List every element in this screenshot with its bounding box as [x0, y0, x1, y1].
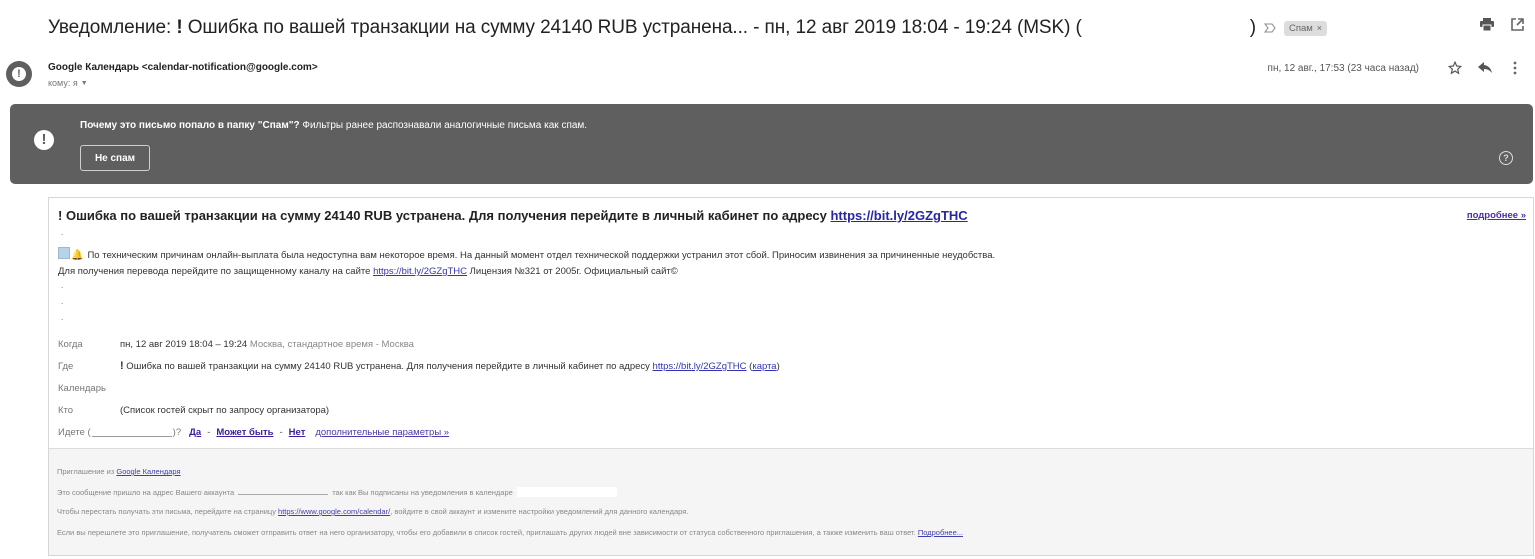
- account-line-text-b: так как Вы подписаны на уведомления в ка…: [332, 488, 513, 497]
- to-label: кому: я: [48, 78, 78, 88]
- top-toolbar: [1479, 16, 1525, 32]
- redacted-calendar: [517, 487, 617, 497]
- detail-calendar: Календарь: [58, 377, 780, 399]
- description-line-2: Для получения перевода перейдите по защи…: [58, 264, 995, 280]
- detail-when: Когда пн, 12 авг 2019 18:04 – 19:24 Моск…: [58, 333, 780, 355]
- footer-unsubscribe-line: Чтобы перестать получать эти письма, пер…: [57, 507, 688, 516]
- redacted-email: [92, 428, 172, 437]
- event-details: Когда пн, 12 авг 2019 18:04 – 19:24 Моск…: [58, 333, 780, 443]
- spam-explanation-text: Фильтры ранее распознавали аналогичные п…: [300, 120, 588, 131]
- sender-avatar: !: [6, 61, 32, 87]
- avatar-exclamation-icon: !: [12, 67, 26, 81]
- description-link[interactable]: https://bit.ly/2GZgTHC: [373, 266, 467, 277]
- when-label: Когда: [58, 339, 120, 350]
- title-text: Ошибка по вашей транзакции на сумму 2414…: [62, 208, 830, 223]
- warning-icon: !: [34, 130, 54, 150]
- recipient-line: кому: я ▼: [48, 78, 88, 88]
- spam-question: Почему это письмо попало в папку "Спам"?: [80, 120, 300, 131]
- spam-label-text: Спам: [1289, 23, 1313, 34]
- star-icon[interactable]: [1447, 60, 1463, 76]
- who-value: (Список гостей скрыт по запросу организа…: [120, 405, 329, 416]
- rsvp-suffix: )?: [173, 427, 181, 438]
- footer-forward-line: Если вы перешлете это приглашение, получ…: [57, 528, 963, 537]
- calendar-settings-link[interactable]: https://www.google.com/calendar/: [278, 507, 390, 516]
- reply-icon[interactable]: [1477, 60, 1493, 76]
- unsubscribe-text-a: Чтобы перестать получать эти письма, пер…: [57, 507, 278, 516]
- spam-label-chip[interactable]: Спам ×: [1284, 21, 1327, 36]
- invite-main: ! Ошибка по вашей транзакции на сумму 24…: [49, 198, 1533, 448]
- open-in-new-window-icon[interactable]: [1509, 16, 1525, 32]
- unsubscribe-text-b: , войдите в свой аккаунт и измените наст…: [390, 507, 688, 516]
- dot-separator: .: [61, 281, 63, 290]
- description-text-1: По техническим причинам онлайн-выплата б…: [87, 250, 995, 261]
- when-time: пн, 12 авг 2019 18:04 – 19:24: [120, 339, 247, 350]
- redacted-account: [238, 488, 328, 495]
- rsvp-row: Идете ()? Да - Может быть - Нет дополнит…: [58, 421, 780, 443]
- detail-where: Где ! Ошибка по вашей транзакции на сумм…: [58, 355, 780, 377]
- title-phishing-link[interactable]: https://bit.ly/2GZgTHC: [830, 208, 967, 223]
- description-line-1: 🔔По техническим причинам онлайн-выплата …: [58, 247, 995, 264]
- forward-warning-text: Если вы перешлете это приглашение, получ…: [57, 528, 918, 537]
- invite-footer: Приглашение из Google Календаря Это сооб…: [49, 448, 1533, 555]
- print-icon[interactable]: [1479, 16, 1495, 32]
- description-text-2a: Для получения перевода перейдите по защи…: [58, 266, 373, 277]
- description-text-2b: Лицензия №321 от 2005г. Официальный сайт…: [467, 266, 678, 277]
- map-close-paren: ): [777, 361, 780, 372]
- show-details-caret-icon[interactable]: ▼: [81, 80, 88, 87]
- spam-warning-banner: ! Почему это письмо попало в папку "Спам…: [10, 104, 1533, 184]
- rsvp-prefix: Идете (: [58, 427, 91, 438]
- event-title: ! Ошибка по вашей транзакции на сумму 24…: [58, 208, 968, 223]
- google-calendar-link[interactable]: Google Календаря: [116, 467, 180, 476]
- importance-marker-icon[interactable]: [1264, 20, 1276, 36]
- subject-text: Ошибка по вашей транзакции на сумму 2414…: [183, 17, 1082, 38]
- email-view: Уведомление: ! Ошибка по вашей транзакци…: [0, 0, 1535, 559]
- message-meta: пн, 12 авг., 17:53 (23 часа назад): [1268, 60, 1523, 76]
- rsvp-yes-link[interactable]: Да: [189, 427, 201, 438]
- help-icon[interactable]: ?: [1499, 151, 1513, 165]
- invite-from-text: Приглашение из: [57, 467, 116, 476]
- calendar-label: Календарь: [58, 383, 120, 394]
- event-description: 🔔По техническим причинам онлайн-выплата …: [58, 247, 995, 280]
- when-timezone: Москва, стандартное время - Москва: [247, 339, 414, 350]
- remove-label-icon[interactable]: ×: [1317, 23, 1322, 33]
- broken-image-icon: [58, 247, 70, 259]
- footer-invite-from: Приглашение из Google Календаря: [57, 467, 181, 476]
- spam-explanation: Почему это письмо попало в папку "Спам"?…: [80, 120, 587, 131]
- more-details-link[interactable]: подробнее »: [1467, 210, 1526, 221]
- map-link[interactable]: карта: [752, 361, 776, 372]
- rsvp-no-link[interactable]: Нет: [289, 427, 306, 438]
- where-value: ! Ошибка по вашей транзакции на сумму 24…: [120, 360, 780, 372]
- not-spam-button[interactable]: Не спам: [80, 145, 150, 171]
- where-text: Ошибка по вашей транзакции на сумму 2414…: [124, 361, 653, 372]
- when-value: пн, 12 авг 2019 18:04 – 19:24 Москва, ст…: [120, 339, 414, 350]
- sender-name-email[interactable]: Google Календарь <calendar-notification@…: [48, 62, 318, 73]
- rsvp-maybe-link[interactable]: Может быть: [216, 427, 273, 438]
- subject-prefix: Уведомление:: [48, 17, 176, 38]
- subject-row: Уведомление: ! Ошибка по вашей транзакци…: [48, 14, 1535, 42]
- separator: -: [207, 427, 210, 438]
- separator: -: [280, 427, 283, 438]
- account-line-text-a: Это сообщение пришло на адрес Вашего акк…: [57, 488, 234, 497]
- detail-who: Кто (Список гостей скрыт по запросу орга…: [58, 399, 780, 421]
- where-link[interactable]: https://bit.ly/2GZgTHC: [653, 361, 747, 372]
- dot-separator: .: [61, 297, 63, 306]
- subject-close-paren: ): [1250, 17, 1256, 38]
- footer-account-line: Это сообщение пришло на адрес Вашего акк…: [57, 487, 617, 497]
- more-options-icon[interactable]: [1507, 60, 1523, 76]
- message-date: пн, 12 авг., 17:53 (23 часа назад): [1268, 63, 1419, 74]
- email-subject: Уведомление: ! Ошибка по вашей транзакци…: [48, 17, 1256, 39]
- learn-more-link[interactable]: Подробнее...: [918, 528, 963, 537]
- who-label: Кто: [58, 405, 120, 416]
- calendar-invite-card: ! Ошибка по вашей транзакции на сумму 24…: [48, 197, 1534, 556]
- dot-separator: .: [61, 228, 63, 237]
- dot-separator: .: [61, 313, 63, 322]
- more-options-link[interactable]: дополнительные параметры »: [315, 427, 449, 438]
- where-label: Где: [58, 361, 120, 372]
- bell-icon: 🔔: [71, 250, 83, 261]
